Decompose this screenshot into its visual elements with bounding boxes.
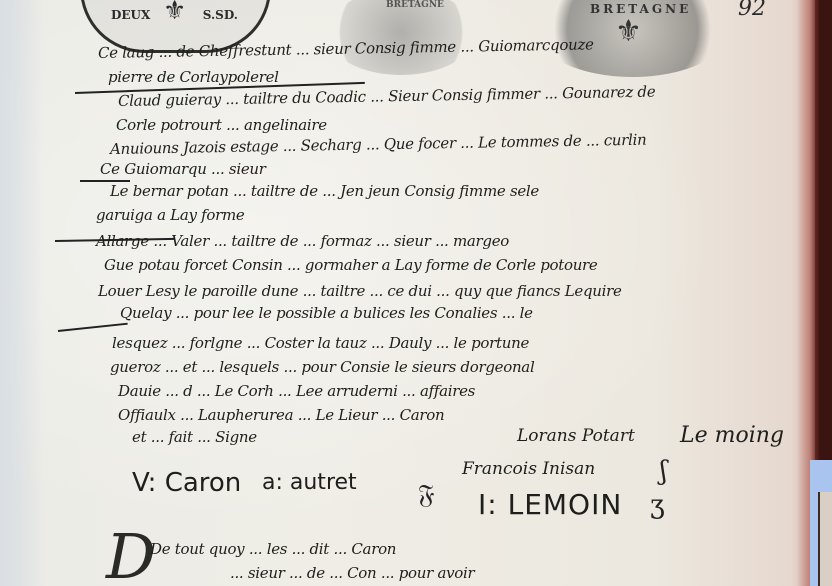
manuscript-line: et ... fait ... Signe	[132, 428, 257, 446]
manuscript-line: De tout quoy ... les ... dit ... Caron	[150, 540, 396, 558]
overlay-window-content	[818, 492, 832, 586]
manuscript-line: garuiga a Lay forme	[96, 206, 245, 224]
signature-francois-inisan: Francois Inisan	[462, 459, 595, 479]
manuscript-line: Quelay ... pour lee le possible a bulice…	[120, 304, 533, 322]
manuscript-line: gueroz ... et ... lesquels ... pour Cons…	[110, 358, 534, 376]
manuscript-line: Anuiouns Jazois estage ... Secharg ... Q…	[110, 131, 647, 158]
signature-potart: Lorans Potart	[517, 426, 635, 446]
page-margin-shadow	[0, 0, 40, 586]
manuscript-line: pierre de Corlaypolerel	[108, 68, 279, 86]
manuscript-line: ... sieur ... de ... Con ... pour avoir	[230, 564, 474, 582]
signature-paraph-icon: ʒ	[650, 490, 665, 520]
manuscript-line: Louer Lesy le paroille dune ... tailtre …	[98, 282, 622, 300]
manuscript-line: Ce Guiomarqu ... sieur	[100, 160, 266, 178]
fleur-de-lis-icon: ⚜	[615, 14, 642, 49]
signature-moing: Le moing	[680, 423, 784, 448]
signature-paraph-icon: ʃ	[660, 456, 667, 486]
manuscript-line: Gue potau forcet Consin ... gormaher a L…	[104, 256, 598, 274]
stamp-text-left: DEUX	[111, 8, 150, 22]
signature-autret: a: autret	[262, 470, 357, 495]
decorated-initial-d: D	[106, 520, 156, 586]
stamp-text: BRETAGNE	[386, 0, 444, 10]
manuscript-line: Corle potrourt ... angelinaire	[116, 116, 327, 134]
manuscript-line: Offiaulx ... Laupherurea ... Le Lieur ..…	[118, 406, 444, 424]
stamp-text-right: S.SD.	[203, 8, 238, 22]
signature-caron: V: Caron	[132, 468, 241, 498]
manuscript-line: Dauie ... d ... Le Corh ... Lee arrudern…	[118, 382, 475, 400]
manuscript-line: Allarge ... Valer ... tailtre de ... for…	[96, 232, 509, 250]
manuscript-line: Le bernar potan ... tailtre de ... Jen j…	[110, 182, 539, 200]
manuscript-line: lesquez ... forlgne ... Coster la tauz .…	[112, 334, 529, 352]
fleur-de-lis-icon: ⚜	[163, 0, 186, 26]
line-rule	[58, 323, 128, 332]
manuscript-page: DEUX ⚜ S.SD. BRETAGNE BRETAGNE ⚜ 92 Ce l…	[0, 0, 815, 586]
signature-lemoin: I: LEMOIN	[478, 488, 622, 521]
folio-number: 92	[738, 0, 766, 21]
signature-paraph-icon: 𝔉	[418, 480, 434, 511]
overlay-window-edge	[810, 460, 832, 586]
